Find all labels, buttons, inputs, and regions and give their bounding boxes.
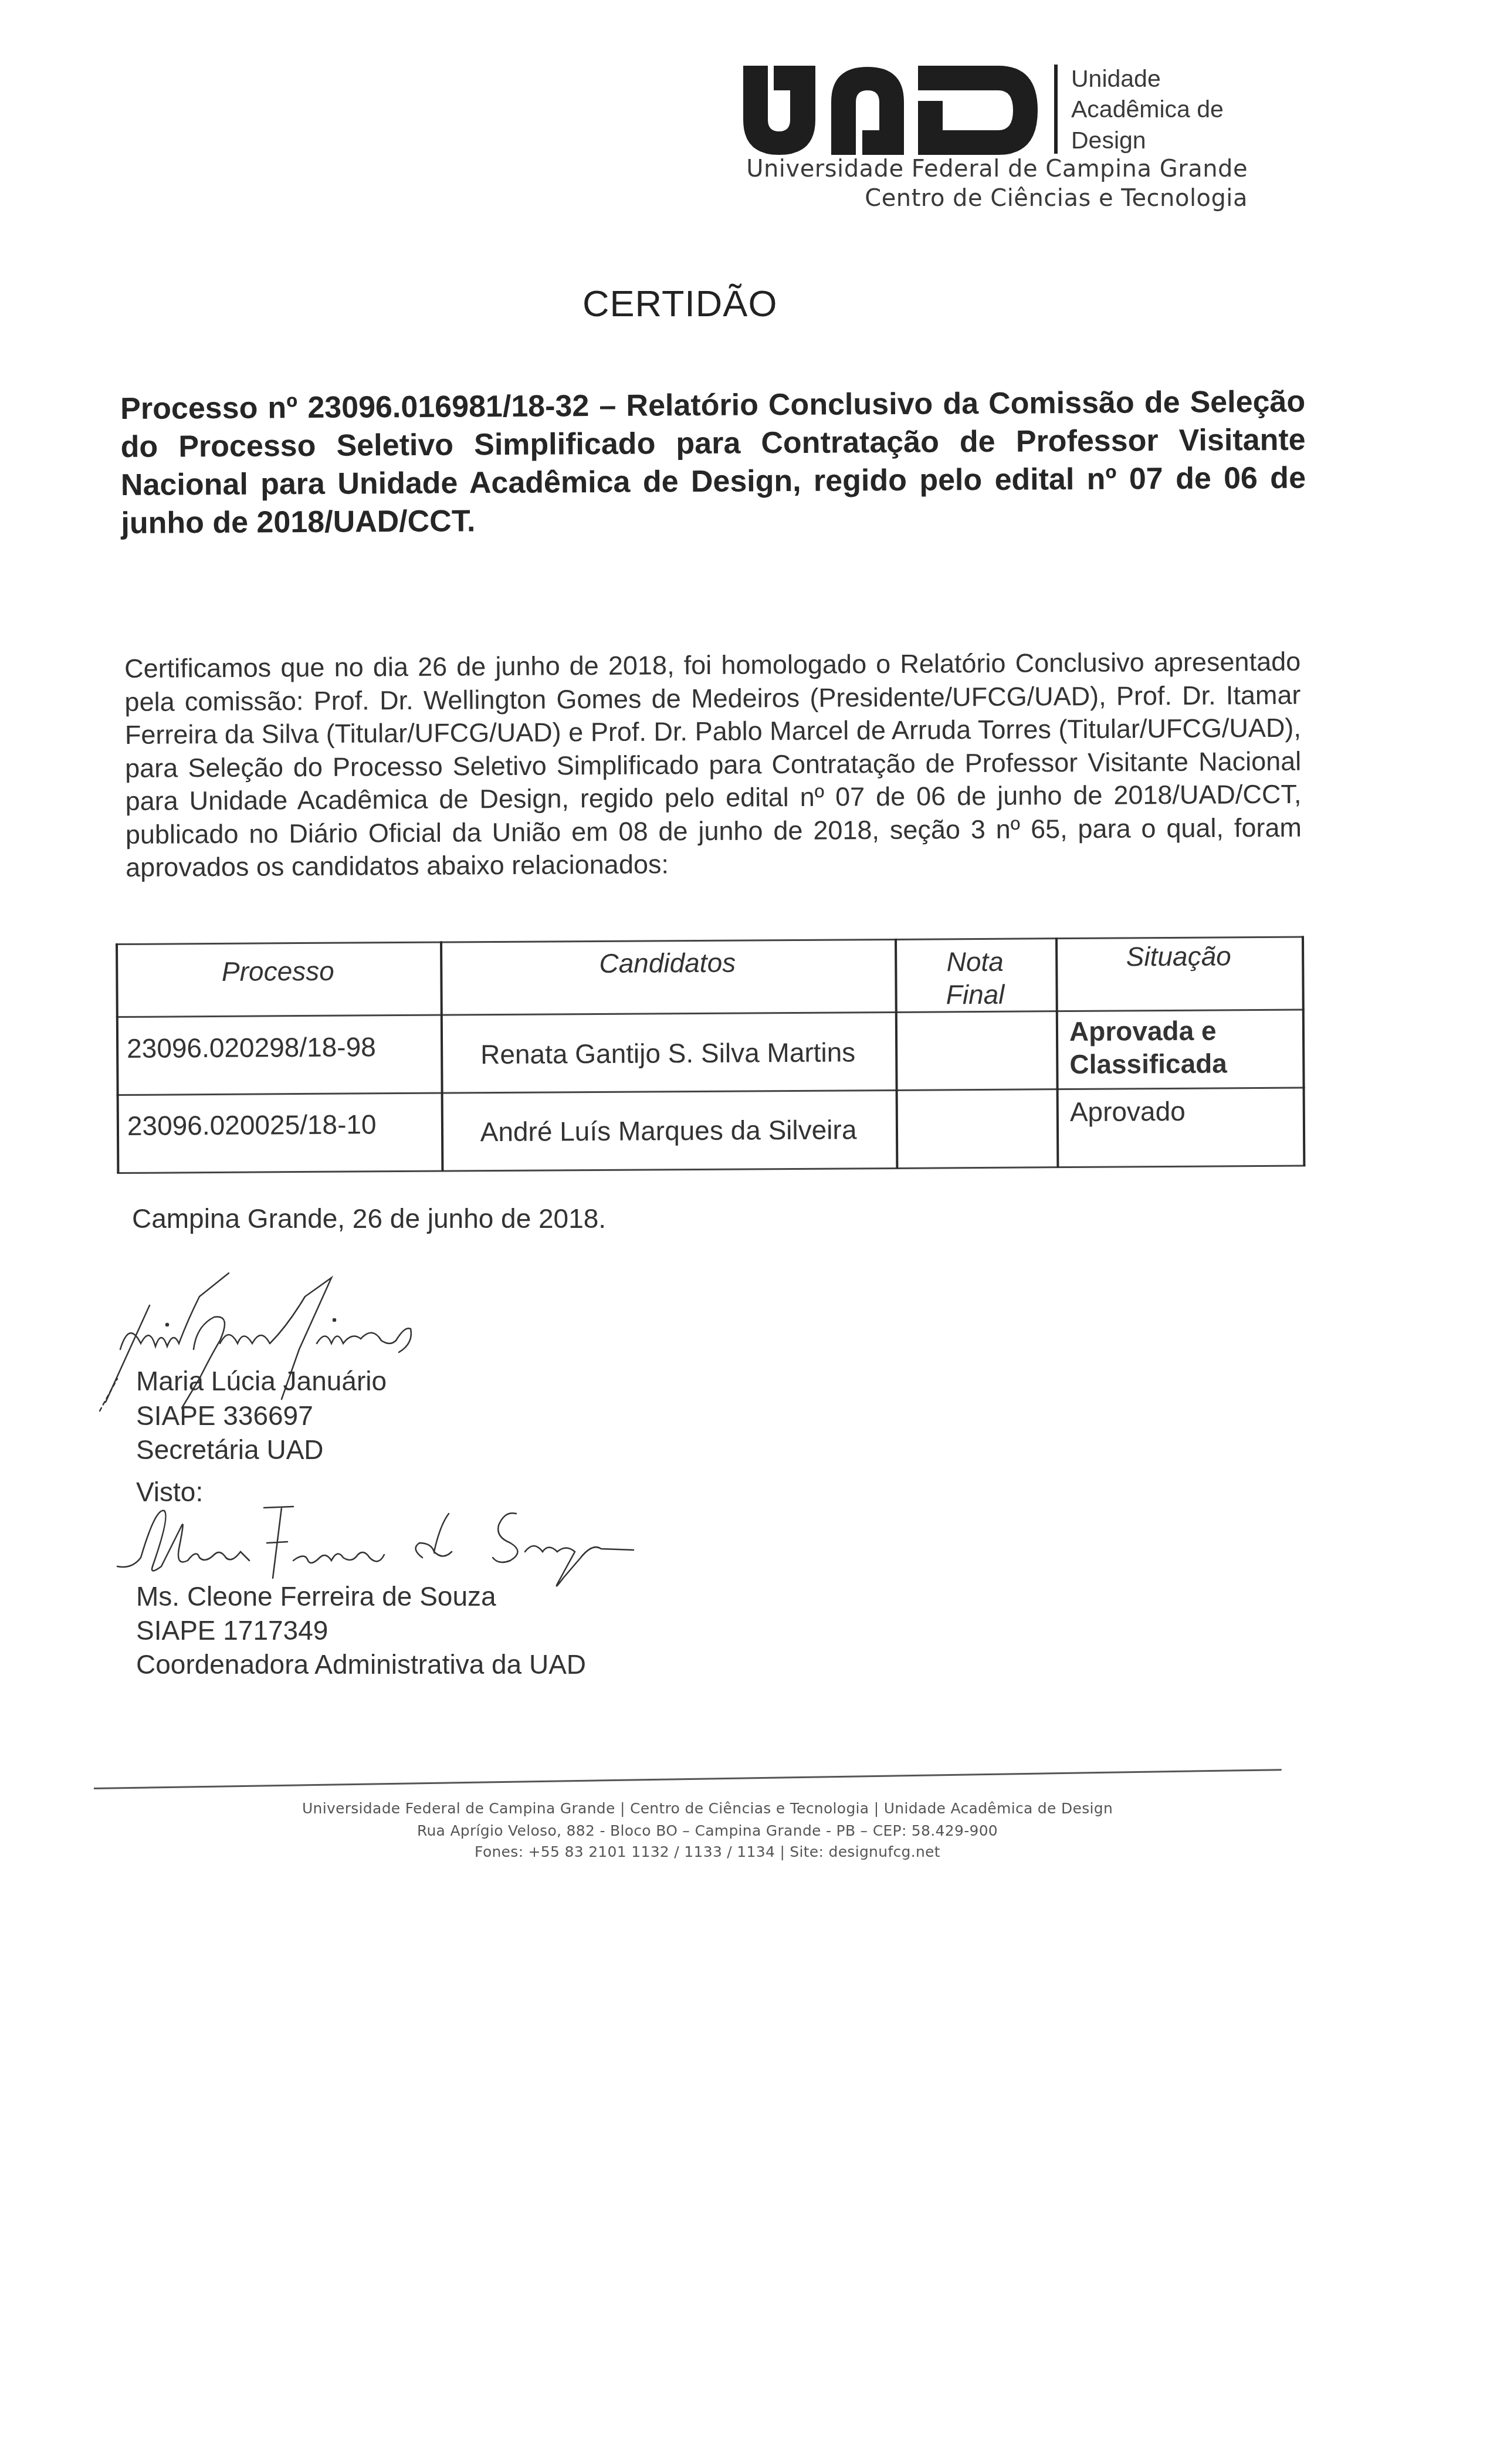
signatory-siape: SIAPE 1717349 xyxy=(136,1617,328,1644)
nota-header-line: Nota xyxy=(895,945,1055,979)
signatory-role: Secretária UAD xyxy=(136,1436,324,1463)
signatory-siape: SIAPE 336697 xyxy=(136,1402,313,1429)
signatory-role: Coordenadora Administrativa da UAD xyxy=(136,1651,586,1678)
table-cell-candidato: Renata Gantijo S. Silva Martins xyxy=(441,1036,895,1071)
footer-address: Rua Aprígio Veloso, 882 - Bloco BO – Cam… xyxy=(0,1822,1456,1839)
column-header-candidatos: Candidatos xyxy=(440,946,895,980)
center-name: Centro de Ciências e Tecnologia xyxy=(865,187,1248,210)
table-cell-situacao: Aprovado xyxy=(1070,1095,1186,1128)
column-header-processo: Processo xyxy=(116,955,440,988)
table-cell-processo: 23096.020298/18-98 xyxy=(127,1031,376,1064)
institution-name: Universidade Federal de Campina Grande xyxy=(746,157,1248,181)
document-title: CERTIDÃO xyxy=(582,283,777,325)
column-header-situacao: Situação xyxy=(1055,940,1302,973)
process-heading: Processo nº 23096.016981/18-32 – Relatór… xyxy=(120,383,1306,543)
table-cell-situacao: Aprovada e Classificada xyxy=(1069,1014,1227,1081)
unit-name-line: Acadêmica de xyxy=(1071,97,1224,121)
place-date: Campina Grande, 26 de junho de 2018. xyxy=(132,1203,606,1234)
signatory-name: Maria Lúcia Januário xyxy=(136,1368,387,1395)
signatory-name: Ms. Cleone Ferreira de Souza xyxy=(136,1583,496,1610)
column-header-nota-final: Nota Final xyxy=(895,945,1056,1011)
footer-contact: Fones: +55 83 2101 1132 / 1133 / 1134 | … xyxy=(0,1843,1456,1860)
uad-logo-icon xyxy=(740,66,1041,157)
table-cell-processo: 23096.020025/18-10 xyxy=(127,1108,377,1142)
nota-header-line: Final xyxy=(895,977,1055,1011)
table-border xyxy=(1302,936,1305,1166)
unit-name-line: Unidade xyxy=(1071,67,1161,91)
table-border xyxy=(117,1087,1305,1096)
status-line: Aprovada e xyxy=(1069,1014,1227,1048)
table-cell-nota xyxy=(895,1035,1056,1036)
footer-institution: Universidade Federal de Campina Grande |… xyxy=(0,1800,1456,1817)
table-border xyxy=(117,1165,1305,1174)
status-line: Classificada xyxy=(1069,1047,1227,1081)
results-table: Processo Candidatos Nota Final Situação … xyxy=(116,933,1305,1173)
table-cell-candidato: André Luís Marques da Silveira xyxy=(441,1113,896,1148)
certification-paragraph: Certificamos que no dia 26 de junho de 2… xyxy=(124,645,1302,885)
table-cell-nota xyxy=(896,1112,1056,1113)
footer-divider xyxy=(94,1769,1282,1789)
unit-name-line: Design xyxy=(1071,128,1146,153)
logo-divider xyxy=(1054,65,1058,154)
